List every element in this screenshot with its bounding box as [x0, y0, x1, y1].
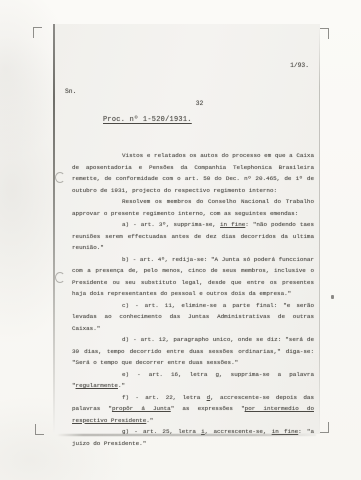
crop-mark-bottom-left-icon	[35, 424, 44, 435]
paragraph: Resolvem os membros do Conselho Nacional…	[72, 196, 314, 219]
document-page: 1/93. Sn. 32 Proc. nº 1-520/1931. Vistos…	[53, 24, 320, 434]
page-bottom-edge-shadow	[57, 434, 316, 436]
page-right-edge-shadow	[319, 26, 320, 432]
text-segment: e) - art. 16, letra	[122, 371, 215, 378]
text-segment: c) - art. 11, elimine-se a parte final: …	[72, 302, 314, 332]
frame-number: 1/93.	[290, 62, 309, 69]
page-number: 32	[66, 100, 333, 107]
underlined-text: in fine	[220, 221, 245, 228]
text-segment: b) - art. 4º, redija-se: "A Junta só pod…	[72, 256, 314, 298]
paragraph: g) - art. 25, letra i, accrescente-se, i…	[72, 426, 314, 449]
page-left-edge-shadow	[53, 24, 55, 434]
text-segment: Resolvem os membros do Conselho Nacional…	[72, 198, 314, 217]
crop-mark-top-left-icon	[33, 27, 42, 38]
crop-mark-top-right-icon	[320, 28, 329, 39]
paragraph: a) - art. 3º, supprima-se, in fine: "não…	[72, 219, 314, 254]
text-segment: ."	[118, 382, 125, 389]
paragraph: f) - art. 22, letra d, accrescente-se de…	[72, 392, 314, 427]
text-segment: " as expressões "	[171, 405, 245, 412]
paragraph: e) - art. 16, letra g, supprima-se a pal…	[72, 369, 314, 392]
underlined-text: regularmente	[76, 382, 118, 389]
text-segment: Vistos e relatados os autos do processo …	[72, 152, 314, 194]
paragraph: b) - art. 4º, redija-se: "A Junta só pod…	[72, 254, 314, 300]
paragraph: c) - art. 11, elimine-se a parte final: …	[72, 300, 314, 335]
scanned-document-photo: 1/93. Sn. 32 Proc. nº 1-520/1931. Vistos…	[0, 0, 361, 480]
text-segment: d) - art. 12, paragrapho unico, onde se …	[72, 336, 314, 366]
paragraph: d) - art. 12, paragrapho unico, onde se …	[72, 334, 314, 369]
film-speck	[331, 295, 334, 299]
margin-note: Sn.	[65, 88, 76, 95]
text-segment: f) - art. 22, letra	[122, 394, 207, 401]
underlined-text: propôr á Junta	[112, 405, 171, 412]
punch-hole-icon	[55, 172, 65, 183]
document-body: Vistos e relatados os autos do processo …	[72, 150, 314, 449]
text-segment: a) - art. 3º, supprima-se,	[122, 221, 220, 228]
crop-mark-bottom-right-icon	[320, 422, 329, 433]
paragraph: Vistos e relatados os autos do processo …	[72, 150, 314, 196]
text-segment: ."	[146, 417, 153, 424]
punch-hole-icon	[55, 272, 65, 283]
document-title: Proc. nº 1-520/1931.	[103, 116, 192, 124]
